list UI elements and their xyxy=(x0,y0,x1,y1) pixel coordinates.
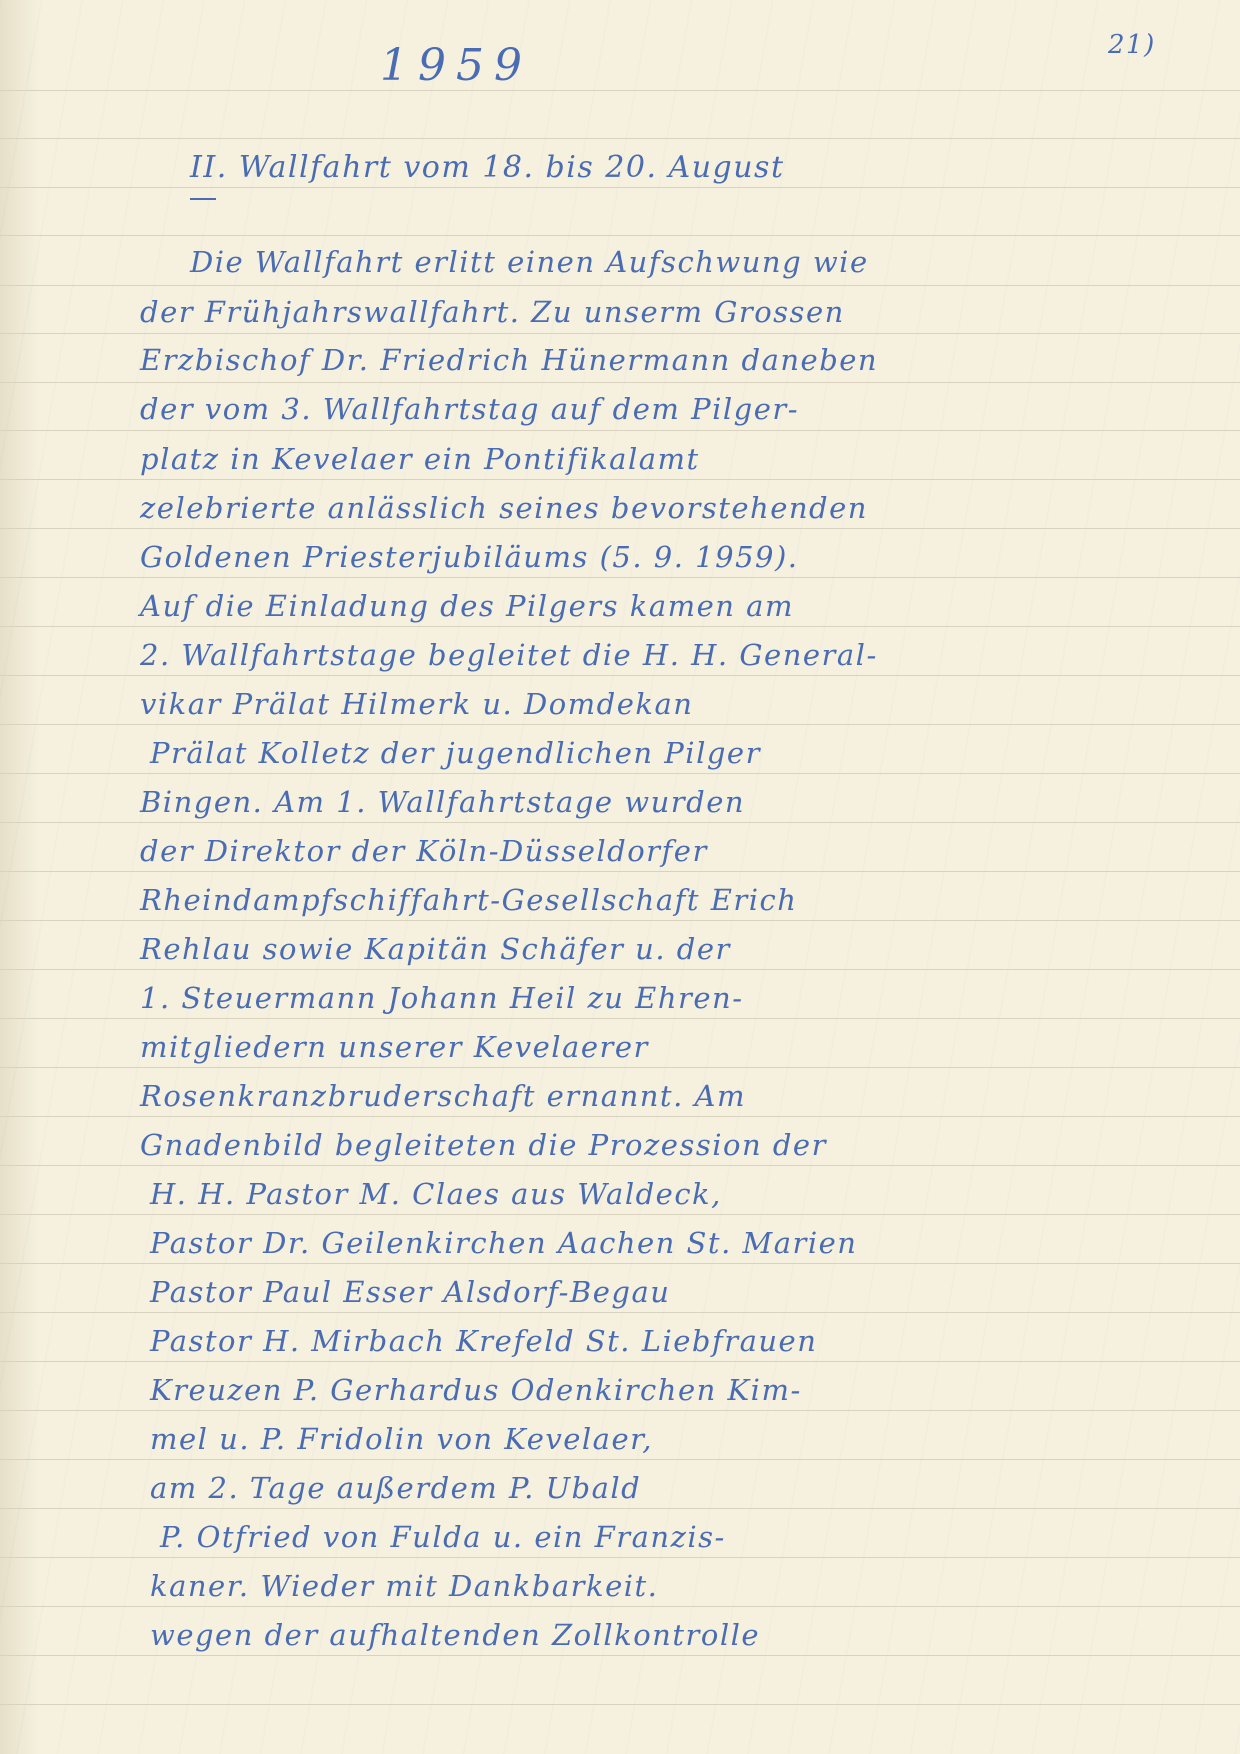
ruled-line xyxy=(0,1508,1240,1509)
ruled-line xyxy=(0,626,1240,627)
text-line: H. H. Pastor M. Claes aus Waldeck, xyxy=(150,1177,722,1211)
year-header: 1959 xyxy=(380,40,532,91)
ruled-line xyxy=(0,1263,1240,1264)
ruled-line xyxy=(0,724,1240,725)
journal-page: 1959 21) II. Wallfahrt vom 18. bis 20. A… xyxy=(0,0,1240,1754)
ruled-line xyxy=(0,382,1240,383)
ruled-line xyxy=(0,1606,1240,1607)
ruled-line xyxy=(0,138,1240,139)
ruled-line xyxy=(0,675,1240,676)
text-line: mitgliedern unserer Kevelaerer xyxy=(140,1030,649,1064)
text-line: 1. Steuermann Johann Heil zu Ehren- xyxy=(140,981,744,1015)
text-line: Prälat Kolletz der jugendlichen Pilger xyxy=(150,736,761,770)
ruled-line xyxy=(0,1018,1240,1019)
text-line: der Frühjahrswallfahrt. Zu unserm Grosse… xyxy=(140,295,845,329)
section-heading: II. Wallfahrt vom 18. bis 20. August xyxy=(190,150,785,185)
text-line: Rosenkranzbruderschaft ernannt. Am xyxy=(140,1079,746,1113)
text-line: platz in Kevelaer ein Pontifikalamt xyxy=(140,442,700,476)
ruled-line xyxy=(0,285,1240,286)
text-line: Goldenen Priesterjubiläums (5. 9. 1959). xyxy=(140,540,799,574)
text-line: wegen der aufhaltenden Zollkontrolle xyxy=(150,1618,760,1652)
ruled-line xyxy=(0,187,1240,188)
ruled-line xyxy=(0,1067,1240,1068)
ruled-line xyxy=(0,430,1240,431)
text-line: Pastor H. Mirbach Krefeld St. Liebfrauen xyxy=(150,1324,817,1358)
ruled-line xyxy=(0,528,1240,529)
page-number: 21) xyxy=(1108,30,1156,60)
text-line: Pastor Dr. Geilenkirchen Aachen St. Mari… xyxy=(150,1226,857,1260)
ruled-line xyxy=(0,1704,1240,1705)
ruled-line xyxy=(0,333,1240,334)
ruled-line xyxy=(0,871,1240,872)
text-line: Auf die Einladung des Pilgers kamen am xyxy=(140,589,794,623)
text-line: 2. Wallfahrtstage begleitet die H. H. Ge… xyxy=(140,638,878,672)
text-line: Die Wallfahrt erlitt einen Aufschwung wi… xyxy=(190,245,869,279)
ruled-line xyxy=(0,90,1240,91)
text-line: kaner. Wieder mit Dankbarkeit. xyxy=(150,1569,658,1603)
text-line: der Direktor der Köln-Düsseldorfer xyxy=(140,834,708,868)
ruled-line xyxy=(0,920,1240,921)
text-line: der vom 3. Wallfahrtstag auf dem Pilger- xyxy=(140,392,799,426)
ruled-line xyxy=(0,1361,1240,1362)
ruled-line xyxy=(0,577,1240,578)
heading-underline-mark xyxy=(190,198,216,200)
text-line: Rehlau sowie Kapitän Schäfer u. der xyxy=(140,932,731,966)
ruled-line xyxy=(0,1459,1240,1460)
ruled-line xyxy=(0,822,1240,823)
ruled-line xyxy=(0,773,1240,774)
ruled-line xyxy=(0,479,1240,480)
ruled-line xyxy=(0,969,1240,970)
text-line: Gnadenbild begleiteten die Prozession de… xyxy=(140,1128,827,1162)
ruled-line xyxy=(0,235,1240,236)
text-line: P. Otfried von Fulda u. ein Franzis- xyxy=(160,1520,726,1554)
text-line: Pastor Paul Esser Alsdorf-Begau xyxy=(150,1275,670,1309)
ruled-line xyxy=(0,1557,1240,1558)
ruled-line xyxy=(0,1410,1240,1411)
ruled-line xyxy=(0,1214,1240,1215)
text-line: zelebrierte anlässlich seines bevorstehe… xyxy=(140,491,868,525)
text-line: mel u. P. Fridolin von Kevelaer, xyxy=(150,1422,653,1456)
text-line: Erzbischof Dr. Friedrich Hünermann daneb… xyxy=(140,343,878,377)
text-line: am 2. Tage außerdem P. Ubald xyxy=(150,1471,641,1505)
text-line: Rheindampfschiffahrt-Gesellschaft Erich xyxy=(140,883,797,917)
text-line: vikar Prälat Hilmerk u. Domdekan xyxy=(140,687,693,721)
ruled-line xyxy=(0,1116,1240,1117)
ruled-line xyxy=(0,1312,1240,1313)
ruled-line xyxy=(0,1655,1240,1656)
ruled-line xyxy=(0,1165,1240,1166)
text-line: Kreuzen P. Gerhardus Odenkirchen Kim- xyxy=(150,1373,802,1407)
text-line: Bingen. Am 1. Wallfahrtstage wurden xyxy=(140,785,745,819)
